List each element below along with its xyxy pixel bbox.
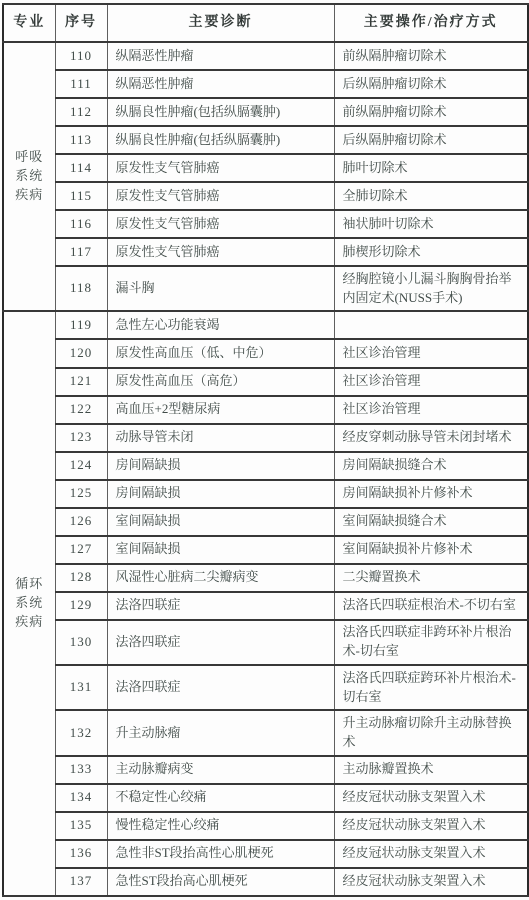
diagnosis-cell: 原发性支气管肺癌: [107, 210, 334, 238]
header-treatment: 主要操作/治疗方式: [334, 4, 528, 42]
treatment-cell: 房间隔缺损缝合术: [334, 452, 528, 480]
treatment-cell: 后纵隔肿瘤切除术: [334, 126, 528, 154]
diagnosis-cell: 急性左心功能衰竭: [107, 311, 334, 339]
row-number-cell: 115: [55, 182, 107, 210]
treatment-cell: 法洛氏四联症非跨环补片根治术-切右室: [334, 620, 528, 665]
diagnosis-cell: 主动脉瓣病变: [107, 756, 334, 784]
treatment-cell: 经皮冠状动脉支架置入术: [334, 868, 528, 896]
document-page: 专业 序号 主要诊断 主要操作/治疗方式 呼吸系统疾病110纵隔恶性肿瘤前纵隔肿…: [0, 0, 529, 900]
header-specialty: 专业: [3, 4, 55, 42]
treatment-cell: 主动脉瓣置换术: [334, 756, 528, 784]
table-row: 116原发性支气管肺癌袖状肺叶切除术: [3, 210, 528, 238]
table-row: 125房间隔缺损房间隔缺损补片修补术: [3, 480, 528, 508]
treatment-cell: 社区诊治管理: [334, 396, 528, 424]
table-row: 135慢性稳定性心绞痛经皮冠状动脉支架置入术: [3, 812, 528, 840]
table-row: 137急性ST段抬高心肌梗死经皮冠状动脉支架置入术: [3, 868, 528, 896]
table-row: 呼吸系统疾病110纵隔恶性肿瘤前纵隔肿瘤切除术: [3, 42, 528, 70]
treatment-cell: 二尖瓣置换术: [334, 564, 528, 592]
diagnosis-cell: 风湿性心脏病二尖瓣病变: [107, 564, 334, 592]
treatment-cell: 前纵隔肿瘤切除术: [334, 42, 528, 70]
treatment-cell: [334, 311, 528, 339]
treatment-cell: 房间隔缺损补片修补术: [334, 480, 528, 508]
row-number-cell: 114: [55, 154, 107, 182]
row-number-cell: 131: [55, 665, 107, 710]
table-row: 111纵隔恶性肿瘤后纵隔肿瘤切除术: [3, 70, 528, 98]
diagnosis-cell: 急性非ST段抬高性心肌梗死: [107, 840, 334, 868]
row-number-cell: 137: [55, 868, 107, 896]
diagnosis-treatment-table: 专业 序号 主要诊断 主要操作/治疗方式 呼吸系统疾病110纵隔恶性肿瘤前纵隔肿…: [2, 3, 529, 897]
table-row: 循环系统疾病119急性左心功能衰竭: [3, 311, 528, 339]
table-row: 126室间隔缺损室间隔缺损缝合术: [3, 508, 528, 536]
diagnosis-cell: 法洛四联症: [107, 592, 334, 620]
table-row: 132升主动脉瘤升主动脉瘤切除升主动脉替换术: [3, 710, 528, 755]
diagnosis-cell: 纵隔恶性肿瘤: [107, 42, 334, 70]
row-number-cell: 132: [55, 710, 107, 755]
diagnosis-cell: 房间隔缺损: [107, 452, 334, 480]
table-header: 专业 序号 主要诊断 主要操作/治疗方式: [3, 4, 528, 42]
row-number-cell: 127: [55, 536, 107, 564]
table-row: 134不稳定性心绞痛经皮冠状动脉支架置入术: [3, 784, 528, 812]
treatment-cell: 后纵隔肿瘤切除术: [334, 70, 528, 98]
treatment-cell: 社区诊治管理: [334, 339, 528, 367]
treatment-cell: 肺叶切除术: [334, 154, 528, 182]
treatment-cell: 室间隔缺损缝合术: [334, 508, 528, 536]
row-number-cell: 122: [55, 396, 107, 424]
table-row: 136急性非ST段抬高性心肌梗死经皮冠状动脉支架置入术: [3, 840, 528, 868]
diagnosis-cell: 原发性高血压（高危）: [107, 368, 334, 396]
treatment-cell: 室间隔缺损补片修补术: [334, 536, 528, 564]
treatment-cell: 全肺切除术: [334, 182, 528, 210]
diagnosis-cell: 不稳定性心绞痛: [107, 784, 334, 812]
table-row: 131法洛四联症法洛氏四联症跨环补片根治术-切右室: [3, 665, 528, 710]
diagnosis-cell: 纵隔恶性肿瘤: [107, 70, 334, 98]
diagnosis-cell: 室间隔缺损: [107, 508, 334, 536]
row-number-cell: 126: [55, 508, 107, 536]
row-number-cell: 123: [55, 424, 107, 452]
table-row: 121原发性高血压（高危）社区诊治管理: [3, 368, 528, 396]
row-number-cell: 133: [55, 756, 107, 784]
row-number-cell: 110: [55, 42, 107, 70]
table-row: 122高血压+2型糖尿病社区诊治管理: [3, 396, 528, 424]
row-number-cell: 121: [55, 368, 107, 396]
table-row: 114原发性支气管肺癌肺叶切除术: [3, 154, 528, 182]
table-row: 115原发性支气管肺癌全肺切除术: [3, 182, 528, 210]
table-body: 呼吸系统疾病110纵隔恶性肿瘤前纵隔肿瘤切除术111纵隔恶性肿瘤后纵隔肿瘤切除术…: [3, 42, 528, 896]
treatment-cell: 肺楔形切除术: [334, 238, 528, 266]
treatment-cell: 法洛氏四联症跨环补片根治术-切右室: [334, 665, 528, 710]
table-row: 129法洛四联症法洛氏四联症根治术-不切右室: [3, 592, 528, 620]
diagnosis-cell: 动脉导管未闭: [107, 424, 334, 452]
diagnosis-cell: 原发性支气管肺癌: [107, 154, 334, 182]
diagnosis-cell: 急性ST段抬高心肌梗死: [107, 868, 334, 896]
table-row: 117原发性支气管肺癌肺楔形切除术: [3, 238, 528, 266]
row-number-cell: 118: [55, 266, 107, 311]
diagnosis-cell: 房间隔缺损: [107, 480, 334, 508]
table-row: 112纵膈良性肿瘤(包括纵膈囊肿)前纵隔肿瘤切除术: [3, 98, 528, 126]
treatment-cell: 经皮冠状动脉支架置入术: [334, 784, 528, 812]
treatment-cell: 经皮冠状动脉支架置入术: [334, 812, 528, 840]
table-row: 118漏斗胸经胸腔镜小儿漏斗胸胸骨抬举内固定术(NUSS手术): [3, 266, 528, 311]
treatment-cell: 法洛氏四联症根治术-不切右室: [334, 592, 528, 620]
row-number-cell: 125: [55, 480, 107, 508]
table-row: 127室间隔缺损室间隔缺损补片修补术: [3, 536, 528, 564]
diagnosis-cell: 高血压+2型糖尿病: [107, 396, 334, 424]
table-row: 123动脉导管未闭经皮穿刺动脉导管未闭封堵术: [3, 424, 528, 452]
treatment-cell: 经皮冠状动脉支架置入术: [334, 840, 528, 868]
treatment-cell: 经皮穿刺动脉导管未闭封堵术: [334, 424, 528, 452]
table-row: 124房间隔缺损房间隔缺损缝合术: [3, 452, 528, 480]
row-number-cell: 129: [55, 592, 107, 620]
diagnosis-cell: 原发性支气管肺癌: [107, 182, 334, 210]
row-number-cell: 119: [55, 311, 107, 339]
table-row: 128风湿性心脏病二尖瓣病变二尖瓣置换术: [3, 564, 528, 592]
diagnosis-cell: 纵膈良性肿瘤(包括纵膈囊肿): [107, 126, 334, 154]
header-row: 专业 序号 主要诊断 主要操作/治疗方式: [3, 4, 528, 42]
treatment-cell: 社区诊治管理: [334, 368, 528, 396]
header-diagnosis: 主要诊断: [107, 4, 334, 42]
row-number-cell: 128: [55, 564, 107, 592]
row-number-cell: 135: [55, 812, 107, 840]
specialty-cell: 循环系统疾病: [3, 311, 55, 896]
row-number-cell: 130: [55, 620, 107, 665]
treatment-cell: 升主动脉瘤切除升主动脉替换术: [334, 710, 528, 755]
diagnosis-cell: 纵膈良性肿瘤(包括纵膈囊肿): [107, 98, 334, 126]
diagnosis-cell: 原发性支气管肺癌: [107, 238, 334, 266]
treatment-cell: 前纵隔肿瘤切除术: [334, 98, 528, 126]
row-number-cell: 136: [55, 840, 107, 868]
diagnosis-cell: 升主动脉瘤: [107, 710, 334, 755]
row-number-cell: 111: [55, 70, 107, 98]
row-number-cell: 120: [55, 339, 107, 367]
treatment-cell: 经胸腔镜小儿漏斗胸胸骨抬举内固定术(NUSS手术): [334, 266, 528, 311]
table-row: 113纵膈良性肿瘤(包括纵膈囊肿)后纵隔肿瘤切除术: [3, 126, 528, 154]
specialty-cell: 呼吸系统疾病: [3, 42, 55, 311]
table-row: 130法洛四联症法洛氏四联症非跨环补片根治术-切右室: [3, 620, 528, 665]
row-number-cell: 134: [55, 784, 107, 812]
diagnosis-cell: 原发性高血压（低、中危）: [107, 339, 334, 367]
table-row: 133主动脉瓣病变主动脉瓣置换术: [3, 756, 528, 784]
table-row: 120原发性高血压（低、中危）社区诊治管理: [3, 339, 528, 367]
diagnosis-cell: 法洛四联症: [107, 665, 334, 710]
row-number-cell: 116: [55, 210, 107, 238]
diagnosis-cell: 法洛四联症: [107, 620, 334, 665]
row-number-cell: 117: [55, 238, 107, 266]
diagnosis-cell: 漏斗胸: [107, 266, 334, 311]
treatment-cell: 袖状肺叶切除术: [334, 210, 528, 238]
header-number: 序号: [55, 4, 107, 42]
row-number-cell: 124: [55, 452, 107, 480]
diagnosis-cell: 室间隔缺损: [107, 536, 334, 564]
diagnosis-cell: 慢性稳定性心绞痛: [107, 812, 334, 840]
row-number-cell: 112: [55, 98, 107, 126]
row-number-cell: 113: [55, 126, 107, 154]
